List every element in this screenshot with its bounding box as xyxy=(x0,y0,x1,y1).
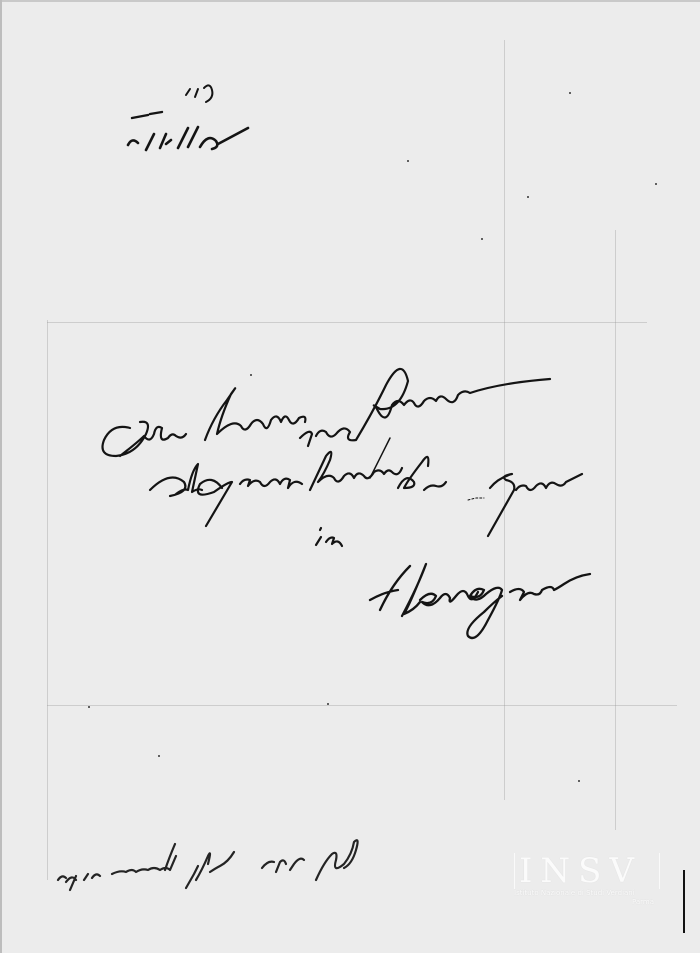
address-line1-ink xyxy=(103,369,551,478)
document-page: 438 2 / 81 / 1801 Alla Nobile Presidenza… xyxy=(0,0,700,953)
address-line4-ink xyxy=(370,564,590,638)
bleed-through-ink xyxy=(58,840,358,890)
handwriting-strokes xyxy=(0,0,700,953)
watermark-subtitle-line2: Parma xyxy=(514,898,660,907)
address-line2-ink xyxy=(150,452,582,536)
address-line3-ink xyxy=(316,528,342,546)
top-annotation-ink xyxy=(128,85,248,150)
edge-ink-mark xyxy=(683,870,685,933)
institution-watermark: INSV Istituto Nazionale di Studi Verdian… xyxy=(514,853,660,915)
watermark-logo: INSV xyxy=(514,853,660,889)
